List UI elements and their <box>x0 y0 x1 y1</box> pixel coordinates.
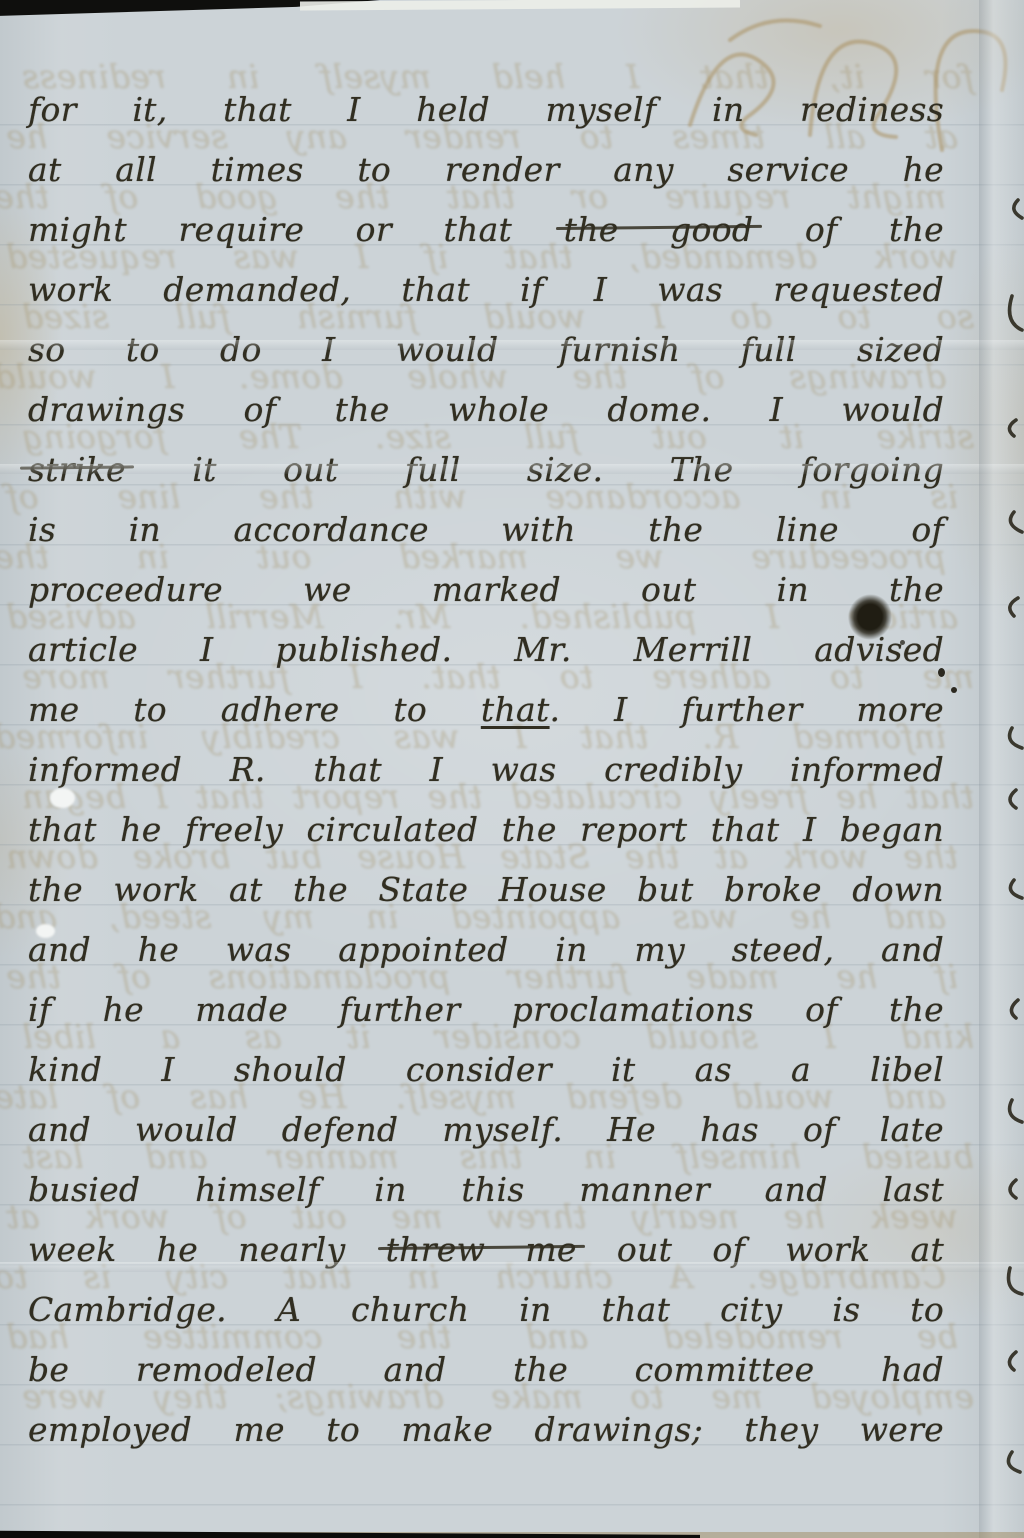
line-segment: the work at the State House but broke do… <box>28 870 944 909</box>
line-segment: work demanded, that if I was requested <box>28 270 944 309</box>
paper-chip <box>36 924 55 938</box>
line-segment: threw me <box>386 1230 577 1269</box>
line-segment: and he was appointed in my steed, and <box>28 930 944 969</box>
letter-line: that he freely circulated the report tha… <box>28 800 944 860</box>
line-segment: is in accordance with the line of <box>28 510 944 549</box>
line-segment: week he nearly <box>28 1230 386 1269</box>
letter-line: strike it out full size. The forgoing <box>28 440 944 500</box>
line-segment: and would defend myself. He has of late <box>28 1110 944 1149</box>
letter-line: and would defend myself. He has of late <box>28 1100 944 1160</box>
letter-line: if he made further proclamations of the <box>28 980 944 1040</box>
adjacent-page-ink-fragments <box>996 0 1024 1538</box>
line-segment: be remodeled and the committee had <box>28 1350 944 1389</box>
letter-line: article I published. Mr. Merrill advised <box>28 620 944 680</box>
ink-speck <box>951 687 957 693</box>
ink-speck <box>900 640 905 645</box>
line-segment: the good <box>564 210 754 249</box>
letter-line: work demanded, that if I was requested <box>28 260 944 320</box>
letter-body: for it, that I held myself in redinessat… <box>28 80 944 1460</box>
line-segment: if he made further proclamations of the <box>28 990 944 1029</box>
line-segment: . I further more <box>550 690 944 729</box>
letter-page: for it, that I held myself in redinessat… <box>0 0 1024 1538</box>
line-segment: out of work at <box>577 1230 944 1269</box>
letter-line: be remodeled and the committee had <box>28 1340 944 1400</box>
letter-line: proceedure we marked out in the <box>28 560 944 620</box>
line-segment: kind I should consider it as a libel <box>28 1050 944 1089</box>
line-segment: of the <box>753 210 944 249</box>
line-segment: proceedure we marked out in the <box>28 570 944 609</box>
letter-line: me to adhere to that. I further more <box>28 680 944 740</box>
line-segment: article I published. Mr. Merrill advised <box>28 630 944 669</box>
paper-edge-highlight <box>300 0 740 11</box>
line-segment: Cambridge. A church in that city is to <box>28 1290 944 1329</box>
line-segment: informed R. that I was credibly informed <box>28 750 944 789</box>
letter-line: informed R. that I was credibly informed <box>28 740 944 800</box>
line-segment: drawings of the whole dome. I would <box>28 390 944 429</box>
line-segment: so to do I would furnish full sized <box>28 330 944 369</box>
letter-line: is in accordance with the line of <box>28 500 944 560</box>
line-segment: me to adhere to <box>28 690 481 729</box>
letter-line: at all times to render any service he <box>28 140 944 200</box>
line-segment: might require or that <box>28 210 564 249</box>
line-segment: employed me to make drawings; they were <box>28 1410 944 1449</box>
letter-line: busied himself in this manner and last <box>28 1160 944 1220</box>
line-segment: that <box>481 690 550 729</box>
line-segment: that he freely circulated the report tha… <box>28 810 944 849</box>
letter-line: so to do I would furnish full sized <box>28 320 944 380</box>
line-segment: it out full size. The forgoing <box>126 450 944 489</box>
ink-speck <box>938 668 945 677</box>
letter-line: kind I should consider it as a libel <box>28 1040 944 1100</box>
letter-line: Cambridge. A church in that city is to <box>28 1280 944 1340</box>
letter-line: the work at the State House but broke do… <box>28 860 944 920</box>
letter-line: for it, that I held myself in rediness <box>28 80 944 140</box>
line-segment: at all times to render any service he <box>28 150 944 189</box>
letter-line: week he nearly threw me out of work at <box>28 1220 944 1280</box>
line-segment: for it, that I held myself in rediness <box>28 90 944 129</box>
line-segment: busied himself in this manner and last <box>28 1170 944 1209</box>
letter-line: drawings of the whole dome. I would <box>28 380 944 440</box>
line-segment: strike <box>28 450 126 489</box>
paper-chip <box>50 788 75 808</box>
letter-line: employed me to make drawings; they were <box>28 1400 944 1460</box>
vertical-fold-crease <box>979 0 1024 1538</box>
letter-line: might require or that the good of the <box>28 200 944 260</box>
letter-line: and he was appointed in my steed, and <box>28 920 944 980</box>
